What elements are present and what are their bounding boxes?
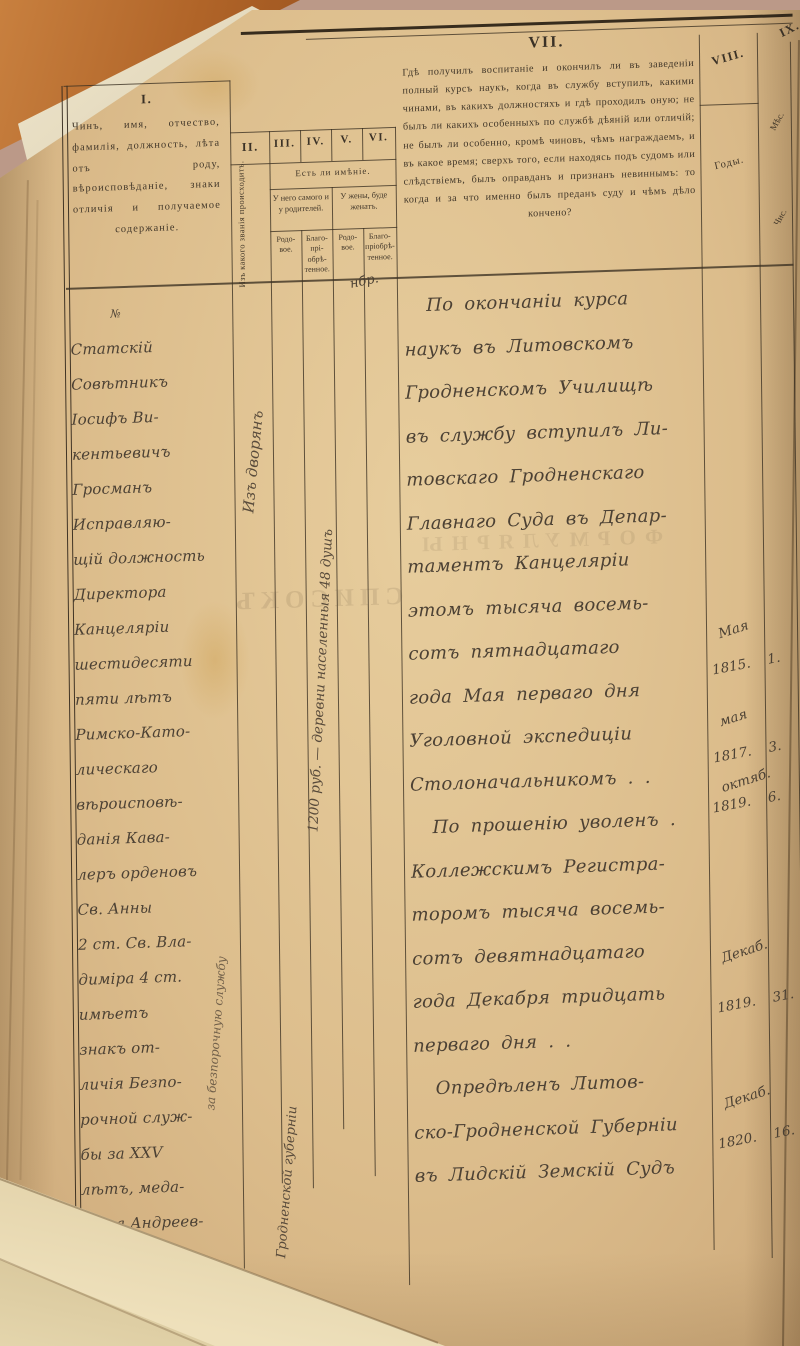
date-day: 31. bbox=[771, 986, 795, 1006]
origin-note-vertical: Изъ дворянъ bbox=[229, 311, 277, 612]
col9-month-label: Мѣс. bbox=[765, 106, 788, 137]
col8-numeral-rule bbox=[700, 103, 759, 106]
date-year: 1819. bbox=[711, 794, 752, 817]
handwriting-line: данія Кава- bbox=[77, 818, 235, 858]
handwriting-line: пяти лѣтъ bbox=[75, 678, 233, 718]
handwriting-line: Исправляю- bbox=[73, 503, 231, 543]
date-day: 6. bbox=[767, 788, 782, 806]
estate-header: Есть ли имѣніе. bbox=[269, 165, 396, 179]
estate-rodovoe-2: Родо­вое. bbox=[333, 232, 362, 254]
col1-header: Чинъ, имя, отчество, фамилія, должность,… bbox=[72, 113, 221, 243]
handwriting-line: вѣроисповѣ- bbox=[76, 783, 234, 823]
col3-numeral: III. bbox=[269, 137, 300, 150]
estate-wife-header: У жены, бу­де женатъ. bbox=[334, 189, 394, 213]
col6-numeral: VI. bbox=[362, 131, 395, 144]
date-month: Декаб. bbox=[719, 923, 800, 967]
estate-acquired-1: Благо­прі­обрѣ­тен­ное. bbox=[302, 233, 331, 276]
column7-handwriting: По окончаніи курсанаукъ въ ЛитовскомъГро… bbox=[404, 275, 715, 1199]
date-year: 1817. bbox=[712, 743, 753, 766]
date-entry: Мая 1815. 1. bbox=[704, 604, 800, 679]
handwriting-line: шестидесяти bbox=[74, 643, 232, 683]
date-month: мая bbox=[717, 687, 800, 731]
date-entry: мая 1817. 3. bbox=[705, 692, 800, 767]
col5-numeral: V. bbox=[331, 133, 362, 146]
handwriting-line: № bbox=[70, 293, 228, 333]
date-entry: Декаб. 1820. 16. bbox=[710, 1074, 800, 1153]
handwriting-line: Іосифъ Ви- bbox=[71, 398, 229, 438]
handwriting-line: Совѣтникъ bbox=[71, 363, 229, 403]
col2-header-vertical: Изъ какого званія происходитъ. bbox=[235, 148, 265, 299]
handwriting-line: въ Лидскій Земскій Судъ bbox=[415, 1145, 715, 1198]
handwriting-line: Гросманъ bbox=[72, 468, 230, 508]
date-day: 1. bbox=[766, 650, 781, 668]
col1-top-rule bbox=[64, 80, 231, 87]
scanned-document-photo: I. II. III. IV. V. VI. VII. VIII. IX. Чи… bbox=[0, 0, 800, 1346]
table: I. II. III. IV. V. VI. VII. VIII. IX. Чи… bbox=[51, 14, 800, 1345]
date-year: 1820. bbox=[717, 1129, 758, 1152]
grid-rule bbox=[269, 131, 283, 1183]
handwriting-line: щій должность bbox=[73, 538, 231, 578]
handwriting-line: кентьевичъ bbox=[72, 433, 230, 473]
col4-numeral: IV. bbox=[300, 135, 331, 148]
col7-header: Гдѣ получилъ воспитаніе и окончилъ ли въ… bbox=[402, 55, 696, 228]
col9-day-label: Чис. bbox=[768, 202, 791, 233]
col8-numeral: VIII. bbox=[698, 42, 758, 72]
handwriting-line: Римско-Като- bbox=[75, 713, 233, 753]
col1-numeral: I. bbox=[64, 88, 230, 110]
handwriting-line: леръ орденовъ bbox=[77, 853, 235, 893]
handwriting-line: лическаго bbox=[76, 748, 234, 788]
estate-acquired-2: Благо­прі­обрѣ­тен­ное. bbox=[364, 231, 395, 263]
grid-rule bbox=[363, 228, 376, 1176]
handwriting-line: лѣтъ, меда- bbox=[81, 1168, 239, 1208]
date-year: 1815. bbox=[711, 655, 752, 678]
date-month: Мая bbox=[716, 599, 800, 643]
handwriting-line: Св. Анны bbox=[77, 888, 235, 928]
estate-own-header: У него са­мого и у ро­дителей. bbox=[272, 191, 330, 215]
date-year: 1819. bbox=[716, 993, 757, 1016]
col7-numeral: VII. bbox=[394, 29, 699, 57]
col8-header: Годы. bbox=[702, 152, 757, 176]
date-month: Декаб. bbox=[722, 1069, 800, 1113]
date-entry: Декаб. 1819. 31. bbox=[707, 928, 800, 1016]
handwriting-line: Директора bbox=[74, 573, 232, 613]
estate-rodovoe-1: Родо­вое. bbox=[271, 234, 300, 256]
handwriting-line: Канцеляріи bbox=[74, 608, 232, 648]
date-entry: октяб. 1819. 6. bbox=[707, 758, 800, 817]
date-day: 3. bbox=[767, 738, 782, 756]
handwriting-line: Статскій bbox=[71, 328, 229, 368]
top-margin-note: нбр. bbox=[349, 271, 380, 292]
date-day: 16. bbox=[772, 1122, 796, 1142]
